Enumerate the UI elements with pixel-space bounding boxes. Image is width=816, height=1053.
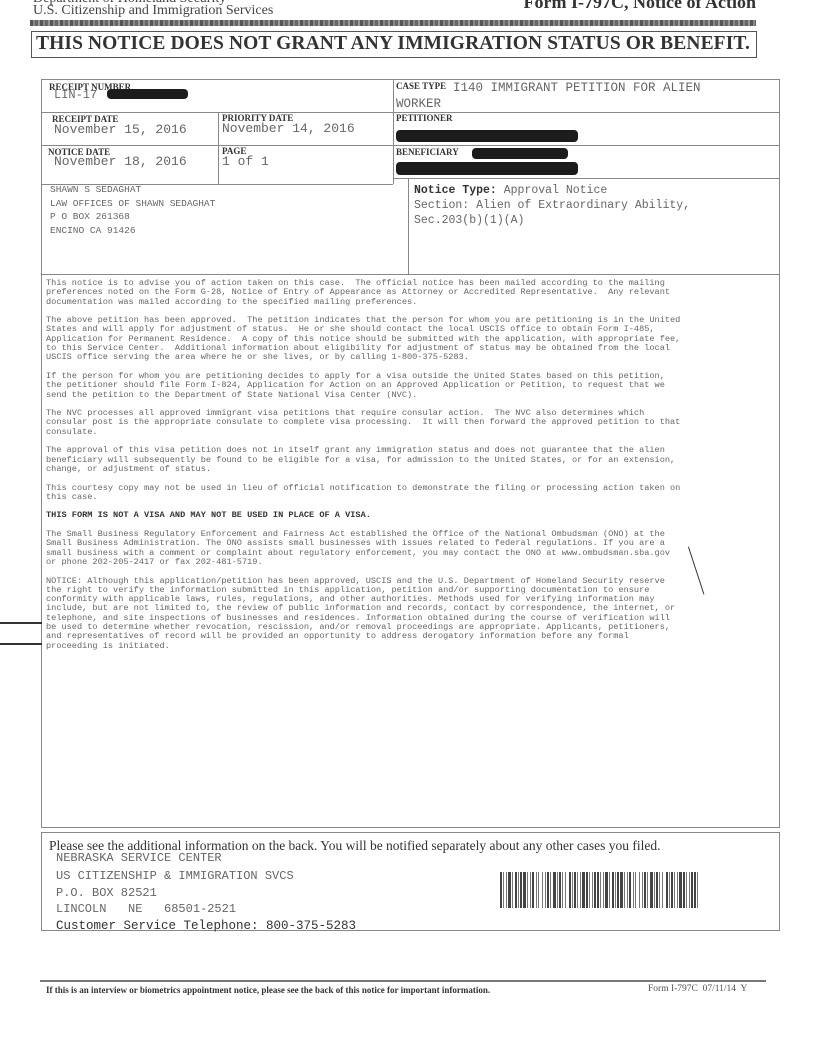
body-paragraph: The Small Business Regulatory Enforcemen… [46, 530, 771, 567]
grid-divider [41, 145, 780, 146]
address-line: ENCINO CA 91426 [50, 224, 215, 238]
service-center-line: NEBRASKA SERVICE CENTER [56, 852, 356, 864]
service-center-line: US CITIZENSHIP & IMMIGRATION SVCS [56, 868, 356, 885]
body-paragraph: The approval of this visa petition does … [46, 446, 771, 474]
notice-date: November 18, 2016 [54, 154, 187, 169]
notice-type-value: Approval Notice [504, 184, 608, 197]
address-line: LAW OFFICES OF SHAWN SEDAGHAT [50, 197, 215, 211]
form-revision: Form I-797C 07/11/14 Y [648, 984, 747, 994]
redaction-mark [472, 148, 568, 159]
beneficiary-label: BENEFICIARY [396, 147, 459, 157]
notice-type-block: Notice Type: Approval Notice Section: Al… [414, 183, 690, 228]
customer-service-phone: Customer Service Telephone: 800-375-5283 [56, 918, 356, 935]
scan-margin-mark [0, 643, 42, 645]
receipt-number: LIN-17 [54, 88, 97, 102]
header-divider [30, 20, 756, 26]
address-line: SHAWN S SEDAGHAT [50, 183, 215, 197]
body-paragraph: NOTICE: Although this application/petiti… [46, 577, 771, 651]
redaction-mark [107, 89, 188, 99]
receipt-date: November 15, 2016 [54, 122, 187, 137]
section-line: Section: Alien of Extraordinary Ability, [414, 198, 690, 213]
visa-warning: THIS FORM IS NOT A VISA AND MAY NOT BE U… [46, 511, 771, 520]
notice-body: This notice is to advise you of action t… [46, 279, 771, 660]
petitioner-label: PETITIONER [396, 113, 453, 123]
notice-type-label: Notice Type: [414, 184, 497, 197]
scan-margin-mark [0, 622, 42, 624]
page-number: 1 of 1 [222, 154, 269, 169]
grid-divider [393, 79, 394, 184]
redaction-mark [396, 162, 578, 175]
body-paragraph: If the person for whom you are petitioni… [46, 372, 771, 400]
service-center-line: P.O. BOX 82521 [56, 885, 356, 902]
redaction-mark [396, 130, 578, 142]
grid-divider [218, 112, 219, 184]
grid-divider [393, 178, 780, 179]
bottom-divider [40, 980, 766, 982]
mailing-address: SHAWN S SEDAGHAT LAW OFFICES OF SHAWN SE… [50, 183, 215, 237]
body-paragraph: The NVC processes all approved immigrant… [46, 409, 771, 437]
service-center-address: NEBRASKA SERVICE CENTER US CITIZENSHIP &… [56, 852, 356, 934]
body-paragraph: The above petition has been approved. Th… [46, 316, 771, 362]
case-type-label: CASE TYPE [396, 81, 446, 91]
appointment-note: If this is an interview or biometrics ap… [46, 985, 490, 995]
barcode-icon [500, 872, 698, 908]
grid-divider [408, 178, 409, 275]
body-paragraph: This notice is to advise you of action t… [46, 279, 771, 307]
service-center-line: LINCOLN NE 68501-2521 [56, 901, 356, 918]
status-banner: THIS NOTICE DOES NOT GRANT ANY IMMIGRATI… [31, 31, 757, 58]
form-title: Form I-797C, Notice of Action [524, 0, 756, 13]
case-type-line1: I140 IMMIGRANT PETITION FOR ALIEN [453, 81, 701, 95]
body-paragraph: This courtesy copy may not be used in li… [46, 484, 771, 503]
address-line: P O BOX 261368 [50, 210, 215, 224]
agency-name: U.S. Citizenship and Immigration Service… [33, 3, 273, 19]
case-type-line2: WORKER [396, 97, 441, 111]
priority-date: November 14, 2016 [222, 121, 355, 136]
section-line: Sec.203(b)(1)(A) [414, 213, 690, 228]
